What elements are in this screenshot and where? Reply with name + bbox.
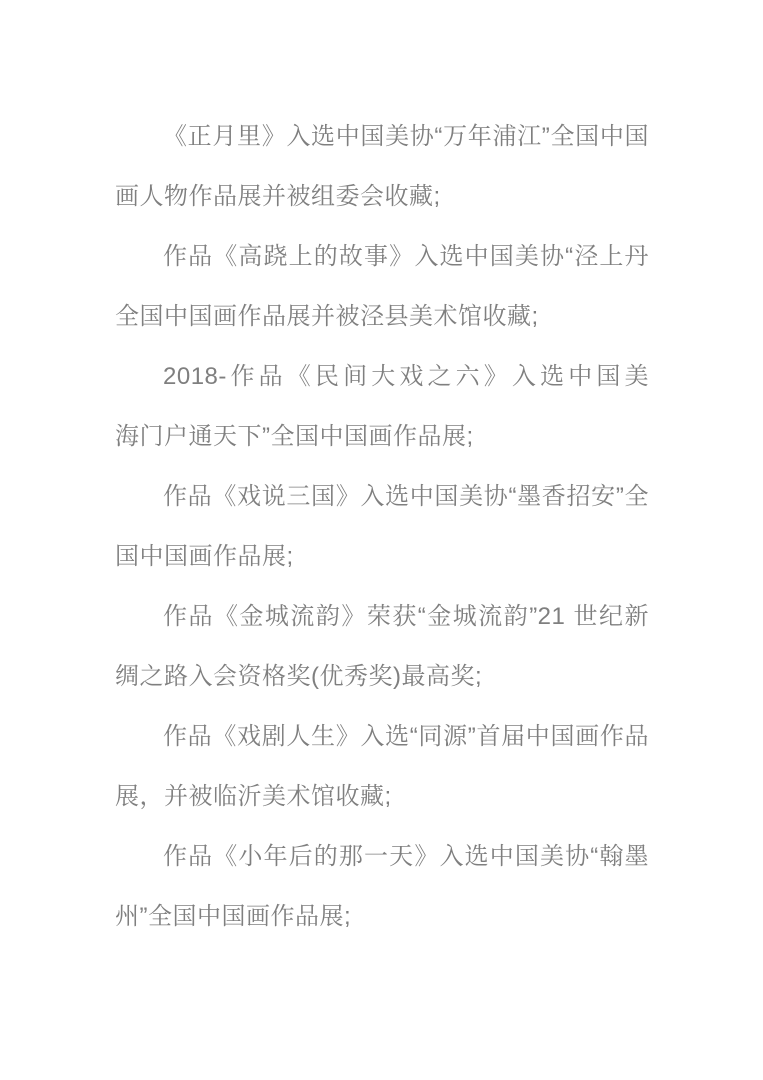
paragraph: 作品《金城流韵》荣获“金城流韵”21 世纪新丝 绸之路入会资格奖(优秀奖)最高奖… (115, 587, 649, 707)
text-line: 展，并被临沂美术馆收藏; (115, 767, 649, 827)
paragraph: 作品《小年后的那一天》入选中国美协“翰墨青 州”全国中国画作品展; (115, 827, 649, 947)
text-line: 2018-作品《民间大戏之六》入选中国美协“江 (115, 347, 649, 407)
paragraph: 作品《高跷上的故事》入选中国美协“泾上丹青” 全国中国画作品展并被泾县美术馆收藏… (115, 227, 649, 347)
text-line: 海门户通天下”全国中国画作品展; (115, 407, 649, 467)
text-line: 国中国画作品展; (115, 527, 649, 587)
text-line: 全国中国画作品展并被泾县美术馆收藏; (115, 287, 649, 347)
text-line: 州”全国中国画作品展; (115, 887, 649, 947)
paragraph: 作品《戏说三国》入选中国美协“墨香招安”全 国中国画作品展; (115, 467, 649, 587)
text-line: 作品《戏说三国》入选中国美协“墨香招安”全 (115, 467, 649, 527)
text-line: 作品《戏剧人生》入选“同源”首届中国画作品 (115, 707, 649, 767)
text-line: 作品《高跷上的故事》入选中国美协“泾上丹青” (115, 227, 649, 287)
paragraph: 2018-作品《民间大戏之六》入选中国美协“江 海门户通天下”全国中国画作品展; (115, 347, 649, 467)
document-text-block: 《正月里》入选中国美协“万年浦江”全国中国 画人物作品展并被组委会收藏; 作品《… (115, 107, 649, 947)
paragraph: 《正月里》入选中国美协“万年浦江”全国中国 画人物作品展并被组委会收藏; (115, 107, 649, 227)
text-line: 作品《金城流韵》荣获“金城流韵”21 世纪新丝 (115, 587, 649, 647)
document-page: 《正月里》入选中国美协“万年浦江”全国中国 画人物作品展并被组委会收藏; 作品《… (0, 0, 763, 1080)
text-line: 绸之路入会资格奖(优秀奖)最高奖; (115, 647, 649, 707)
text-line: 画人物作品展并被组委会收藏; (115, 167, 649, 227)
paragraph: 作品《戏剧人生》入选“同源”首届中国画作品 展，并被临沂美术馆收藏; (115, 707, 649, 827)
text-line: 作品《小年后的那一天》入选中国美协“翰墨青 (115, 827, 649, 887)
text-line: 《正月里》入选中国美协“万年浦江”全国中国 (115, 107, 649, 167)
